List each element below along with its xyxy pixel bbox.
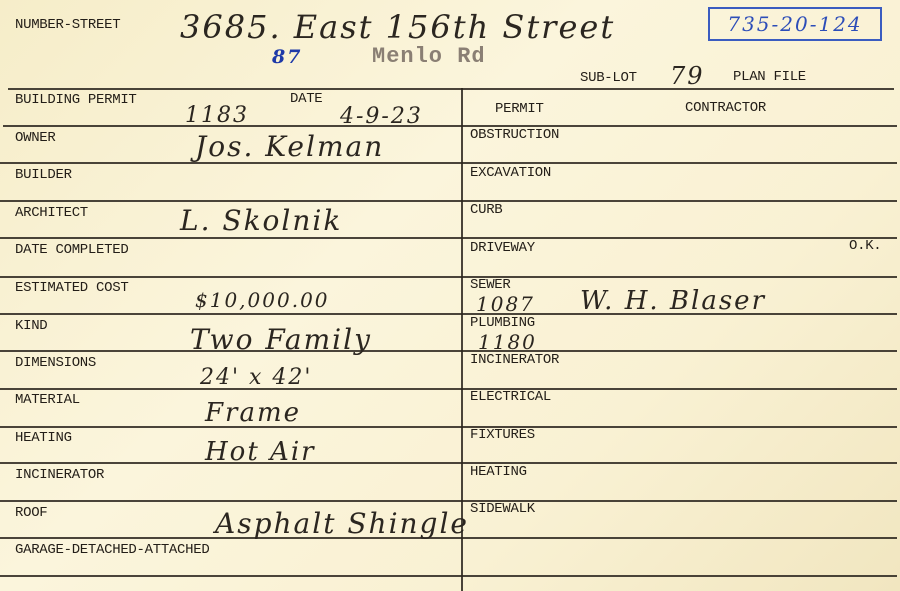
divider [0, 162, 897, 164]
label-builder: BUILDER [15, 167, 72, 183]
value-date: 4-9-23 [340, 104, 423, 129]
label-heating: HEATING [15, 430, 72, 446]
building-permit-card: NUMBER-STREET 3685. East 156th Street 87… [0, 0, 900, 591]
new-house-number: 87 [272, 46, 302, 68]
label-electrical: ELECTRICAL [470, 389, 551, 405]
divider [0, 200, 897, 202]
sublot-value: 79 [670, 62, 705, 90]
label-roof: ROOF [15, 505, 47, 521]
label-incinerator-permit: INCINERATOR [470, 352, 559, 368]
value-dimensions: 24' x 42' [200, 365, 312, 390]
sewer-contractor: W. H. Blaser [580, 286, 766, 316]
label-date-completed: DATE COMPLETED [15, 242, 128, 258]
driveway-note: O.K. [849, 238, 881, 254]
label-driveway: DRIVEWAY [470, 240, 535, 256]
label-fixtures: FIXTURES [470, 427, 535, 443]
divider [0, 237, 897, 239]
new-street-stamp: Menlo Rd [372, 44, 486, 69]
label-heating-permit: HEATING [470, 464, 527, 480]
value-architect: L. Skolnik [180, 204, 342, 237]
number-street-label: NUMBER-STREET [15, 17, 120, 33]
divider [0, 350, 897, 352]
label-plumbing: PLUMBING [470, 315, 535, 331]
divider [3, 125, 897, 127]
label-garage: GARAGE-DETACHED-ATTACHED [15, 542, 209, 558]
divider [0, 388, 897, 390]
label-dimensions: DIMENSIONS [15, 355, 96, 371]
divider [0, 462, 897, 464]
value-material: Frame [205, 398, 301, 428]
value-roof: Asphalt Shingle [215, 507, 469, 540]
label-owner: OWNER [15, 130, 56, 146]
divider [8, 88, 894, 90]
contractor-column-header: CONTRACTOR [685, 100, 766, 116]
label-obstruction: OBSTRUCTION [470, 127, 559, 143]
divider [0, 426, 897, 428]
label-curb: CURB [470, 202, 502, 218]
value-kind: Two Family [190, 323, 372, 356]
permit-column-header: PERMIT [495, 101, 544, 117]
label-sidewalk: SIDEWALK [470, 501, 535, 517]
label-architect: ARCHITECT [15, 205, 88, 221]
sublot-label: SUB-LOT [580, 70, 637, 86]
label-date: DATE [290, 91, 322, 107]
label-building-permit: BUILDING PERMIT [15, 92, 137, 108]
value-owner: Jos. Kelman [195, 130, 384, 163]
parcel-number-box: 735-20-124 [708, 7, 882, 41]
label-kind: KIND [15, 318, 47, 334]
plumbing-permit: 1180 [478, 330, 537, 354]
label-excavation: EXCAVATION [470, 165, 551, 181]
value-estimated-cost: $10,000.00 [195, 288, 330, 312]
value-heating: Hot Air [205, 437, 316, 467]
label-estimated-cost: ESTIMATED COST [15, 280, 128, 296]
address-handwritten: 3685. East 156th Street [180, 8, 615, 46]
label-material: MATERIAL [15, 392, 80, 408]
divider [0, 500, 897, 502]
label-incinerator: INCINERATOR [15, 467, 104, 483]
plan-file-label: PLAN FILE [733, 69, 806, 85]
divider [0, 575, 897, 577]
label-sewer: SEWER [470, 277, 511, 293]
value-building-permit: 1183 [185, 103, 249, 128]
sewer-permit: 1087 [476, 292, 535, 316]
divider [0, 276, 897, 278]
